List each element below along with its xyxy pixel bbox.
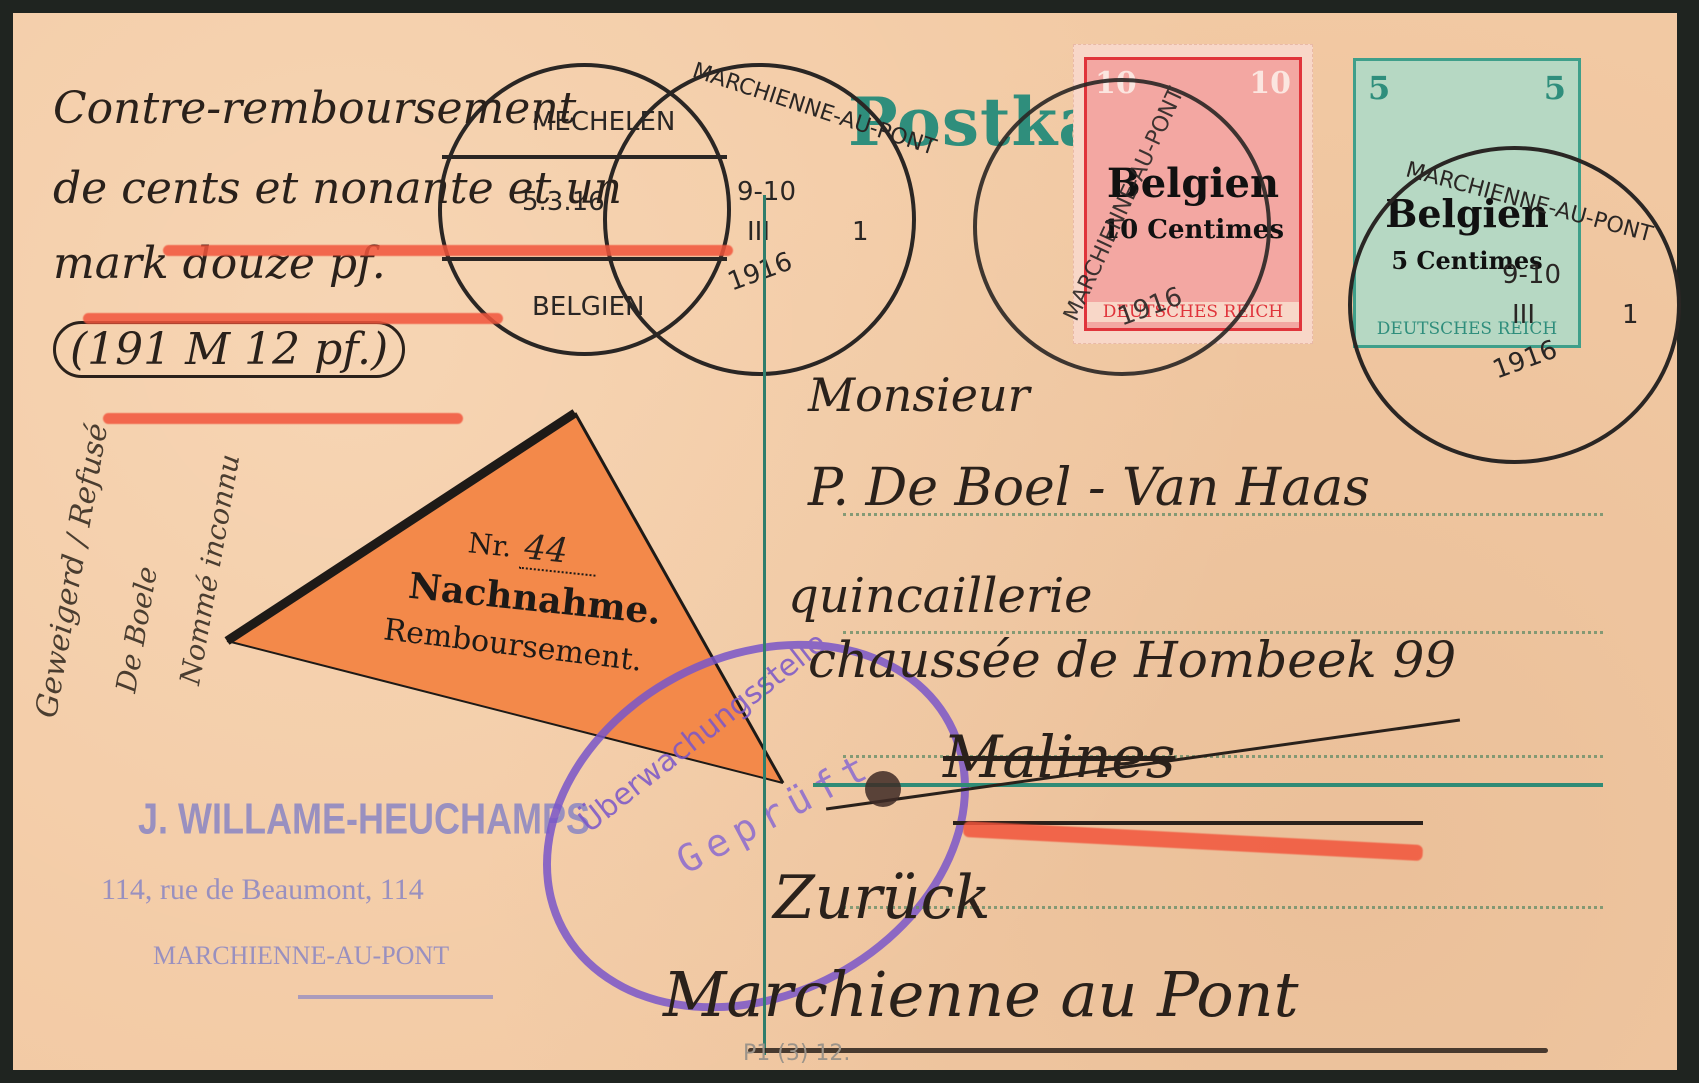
address-divider [763,195,766,1055]
sender-underline [298,995,493,999]
return-to: Marchienne au Pont [663,958,1299,1031]
address-salutation: Monsieur [808,368,1030,422]
address-street: chaussée de Hombeek 99 [808,631,1456,689]
address-line-city [813,783,1603,787]
sender-name: J. WILLAME-HEUCHAMPS [138,794,590,844]
postcard: Postkarte 10 10 Belgien 10 Centimes DEUT… [13,13,1677,1070]
address-city-struck: Malines [943,723,1176,791]
sender-street: 114, rue de Beaumont, 114 [101,873,424,907]
sender-town: MARCHIENNE-AU-PONT [153,941,449,971]
return-note: Zurück [773,863,991,933]
wavy-underline [748,1048,1548,1053]
pencil-note: P1 (3) 12. [743,1041,850,1066]
ink-blot [865,771,901,807]
address-name: P. De Boel - Van Haas [808,458,1370,518]
address-occupation: quincaillerie [788,568,1093,624]
